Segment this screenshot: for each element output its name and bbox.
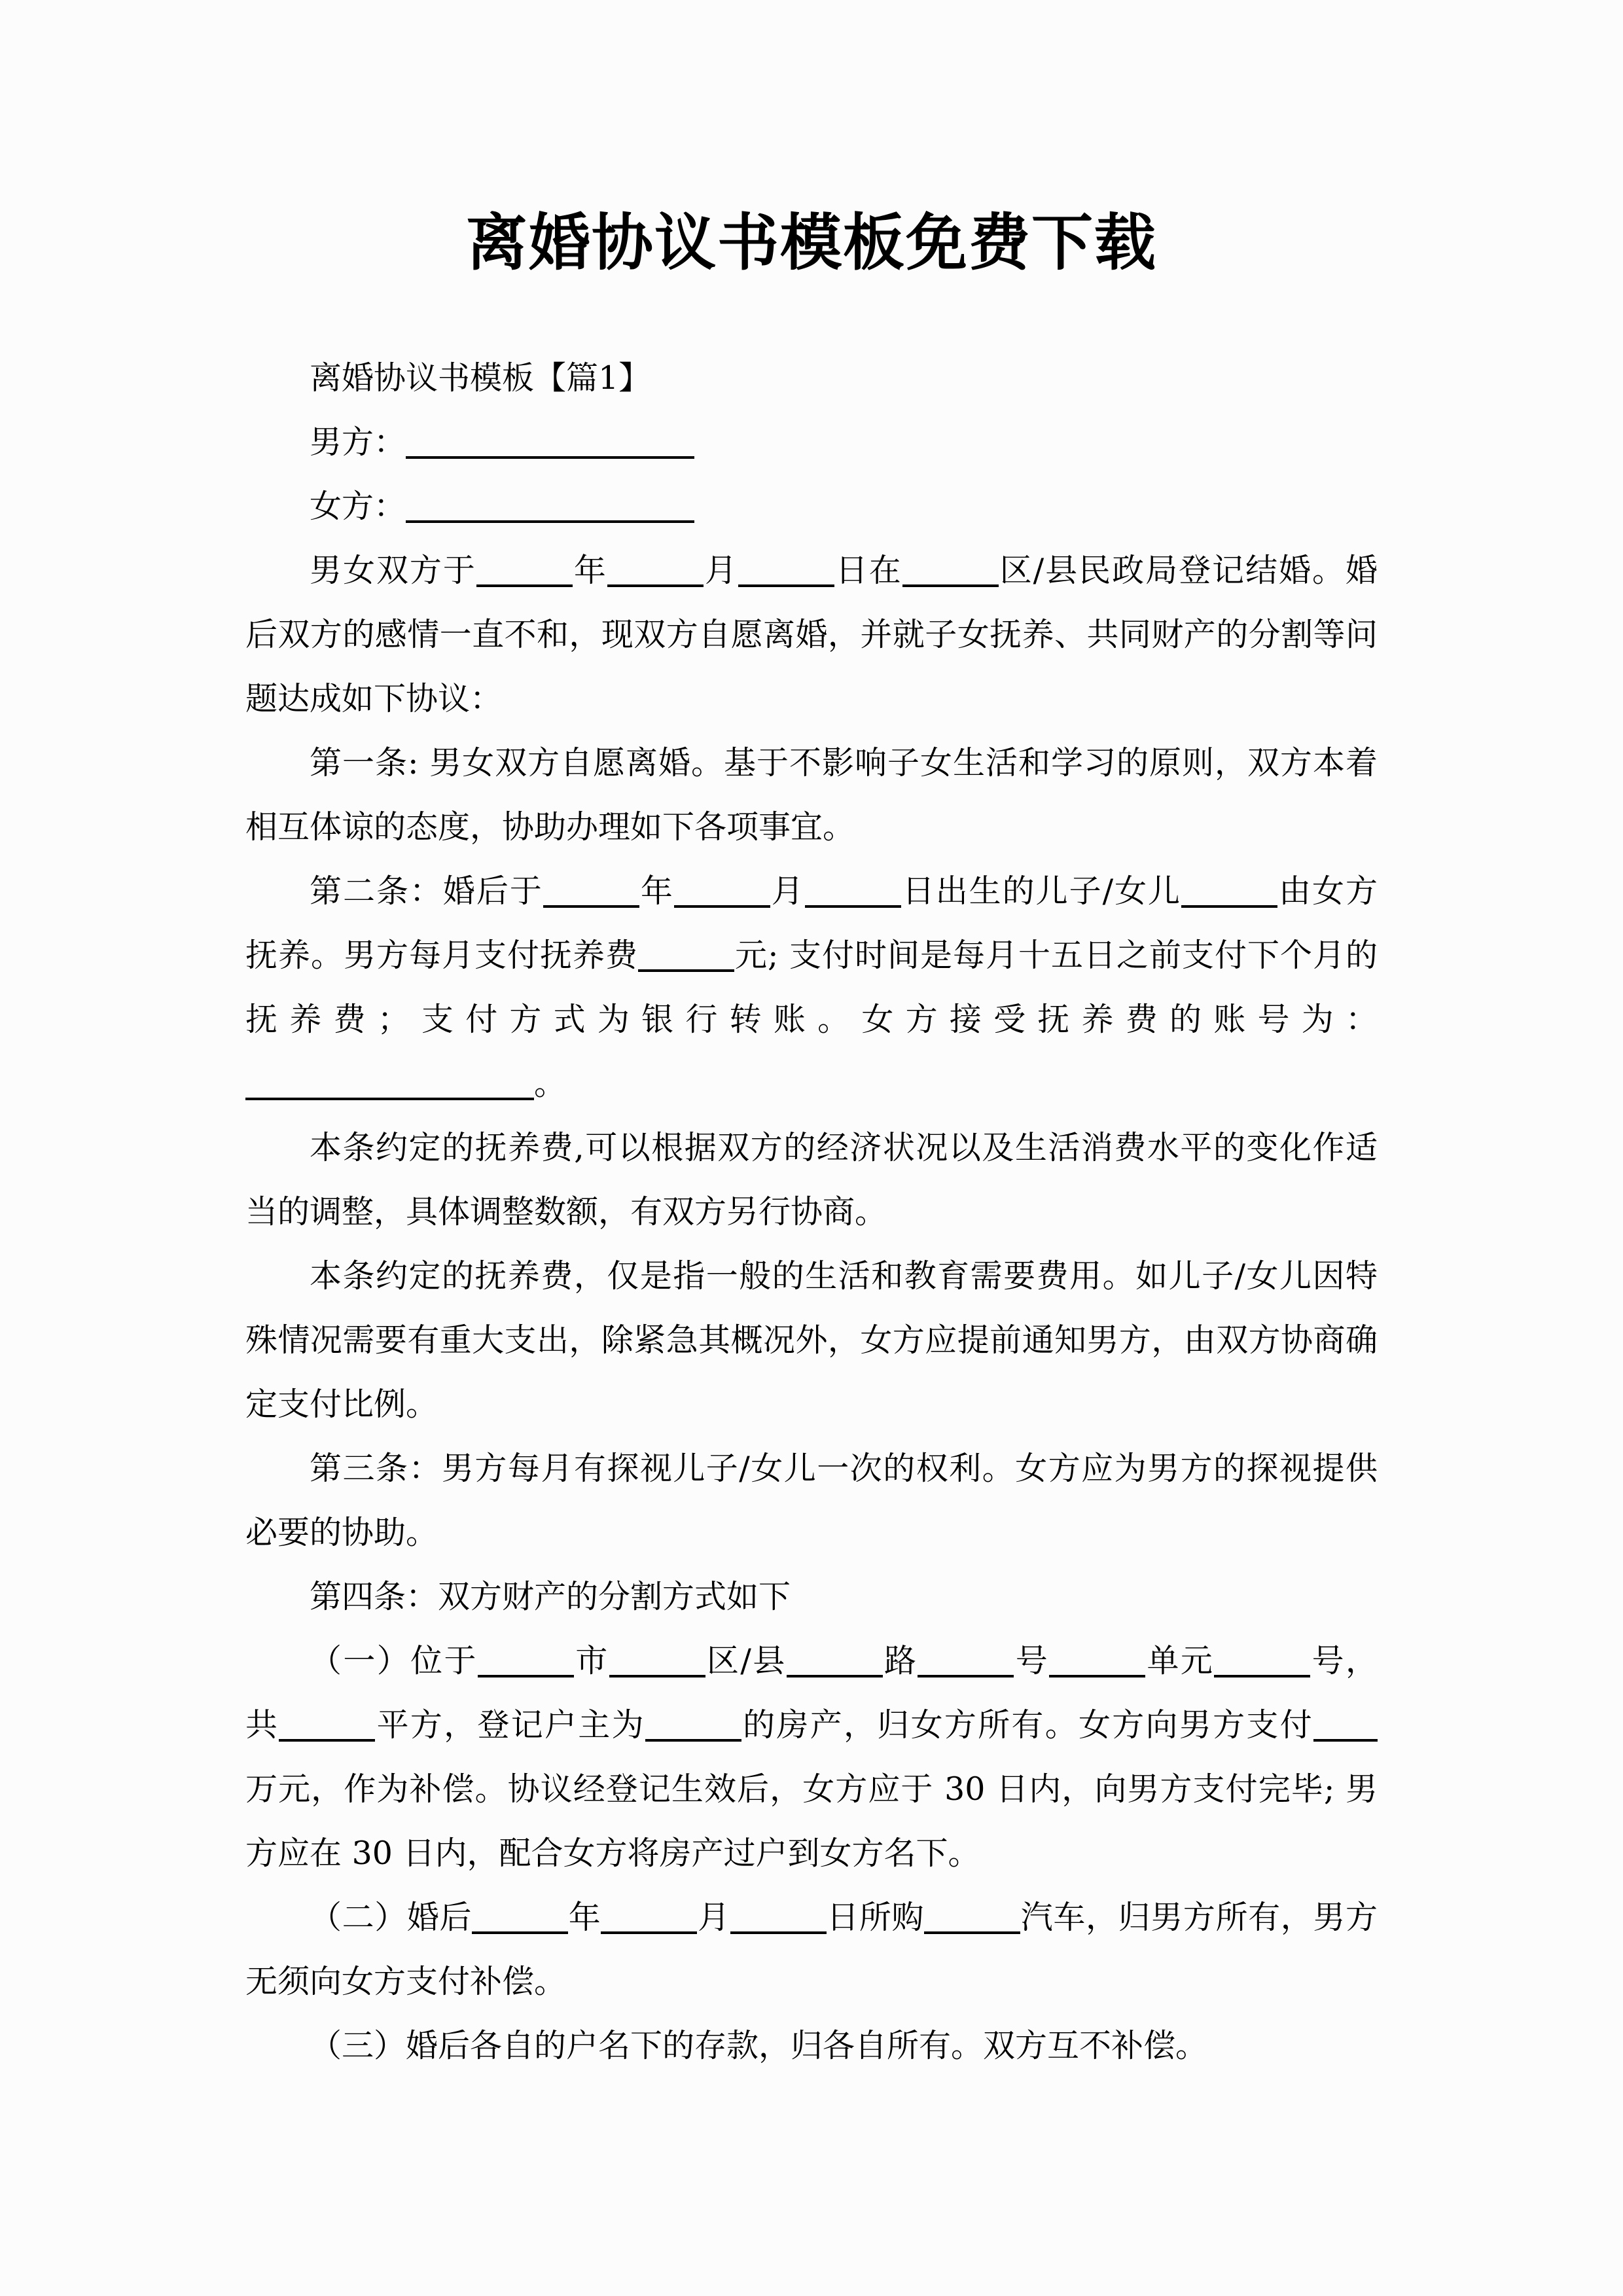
blank-field	[918, 1673, 1014, 1677]
blank-field	[730, 1929, 827, 1934]
document-line: 。	[245, 1052, 1378, 1116]
blank-field	[472, 1929, 568, 1934]
blank-field	[1214, 1673, 1310, 1677]
document-line: 男方：	[245, 410, 1378, 475]
blank-field	[924, 1929, 1020, 1934]
document-line: 第四条：双方财产的分割方式如下	[245, 1565, 1378, 1629]
document-page: 离婚协议书模板免费下载 离婚协议书模板【篇1】男方：女方：男女双方于年月日在区/…	[0, 0, 1623, 2296]
document-line: （一）位于市区/县路号单元号，	[245, 1629, 1378, 1693]
document-line: 万元，作为补偿。协议经登记生效后，女方应于 30 日内，向男方支付完毕; 男	[245, 1757, 1378, 1821]
document-line: 抚养费；支付方式为银行转账。女方接受抚养费的账号为：	[245, 988, 1378, 1052]
document-line: 抚养。男方每月支付抚养费元; 支付时间是每月十五日之前支付下个月的	[245, 924, 1378, 988]
blank-field	[638, 967, 734, 972]
document-line: 离婚协议书模板【篇1】	[245, 346, 1378, 410]
blank-field	[543, 903, 639, 908]
document-line: 女方：	[245, 475, 1378, 539]
blank-field	[476, 583, 573, 587]
blank-field	[406, 518, 694, 523]
blank-field	[245, 1096, 534, 1100]
document-line: 后双方的感情一直不和，现双方自愿离婚，并就子女抚养、共同财产的分割等问	[245, 603, 1378, 667]
document-line: 必要的协助。	[245, 1501, 1378, 1565]
document-line: 本条约定的抚养费，仅是指一般的生活和教育需要费用。如儿子/女儿因特	[245, 1244, 1378, 1308]
document-line: 当的调整，具体调整数额，有双方另行协商。	[245, 1180, 1378, 1244]
blank-field	[787, 1673, 883, 1677]
document-line: 第三条：男方每月有探视儿子/女儿一次的权利。女方应为男方的探视提供	[245, 1437, 1378, 1501]
document-line: 题达成如下协议：	[245, 667, 1378, 731]
document-line: 无须向女方支付补偿。	[245, 1950, 1378, 2014]
document-line: （三）婚后各自的户名下的存款，归各自所有。双方互不补偿。	[245, 2014, 1378, 2078]
document-line: 殊情况需要有重大支出，除紧急其概况外，女方应提前通知男方，由双方协商确	[245, 1308, 1378, 1372]
blank-field	[1049, 1673, 1145, 1677]
document-title: 离婚协议书模板免费下载	[245, 202, 1378, 285]
document-line: 共平方，登记户主为的房产，归女方所有。女方向男方支付	[245, 1693, 1378, 1757]
blank-field	[279, 1737, 375, 1742]
blank-field	[601, 1929, 697, 1934]
blank-field	[1181, 903, 1277, 908]
document-line: （二）婚后年月日所购汽车，归男方所有，男方	[245, 1886, 1378, 1950]
blank-field	[902, 583, 999, 587]
blank-field	[478, 1673, 574, 1677]
blank-field	[805, 903, 901, 908]
document-line: 男女双方于年月日在区/县民政局登记结婚。婚	[245, 539, 1378, 603]
document-body: 离婚协议书模板【篇1】男方：女方：男女双方于年月日在区/县民政局登记结婚。婚后双…	[245, 346, 1378, 2078]
document-line: 定支付比例。	[245, 1372, 1378, 1437]
blank-field	[406, 454, 694, 459]
document-line: 相互体谅的态度，协助办理如下各项事宜。	[245, 795, 1378, 859]
blank-field	[645, 1737, 741, 1742]
blank-field	[1313, 1737, 1378, 1742]
blank-field	[607, 583, 704, 587]
blank-field	[738, 583, 834, 587]
document-line: 方应在 30 日内，配合女方将房产过户到女方名下。	[245, 1821, 1378, 1886]
document-line: 本条约定的抚养费,可以根据双方的经济状况以及生活消费水平的变化作适	[245, 1116, 1378, 1180]
document-line: 第二条：婚后于年月日出生的儿子/女儿由女方	[245, 859, 1378, 924]
blank-field	[609, 1673, 705, 1677]
blank-field	[674, 903, 770, 908]
document-line: 第一条: 男女双方自愿离婚。基于不影响子女生活和学习的原则，双方本着	[245, 731, 1378, 795]
